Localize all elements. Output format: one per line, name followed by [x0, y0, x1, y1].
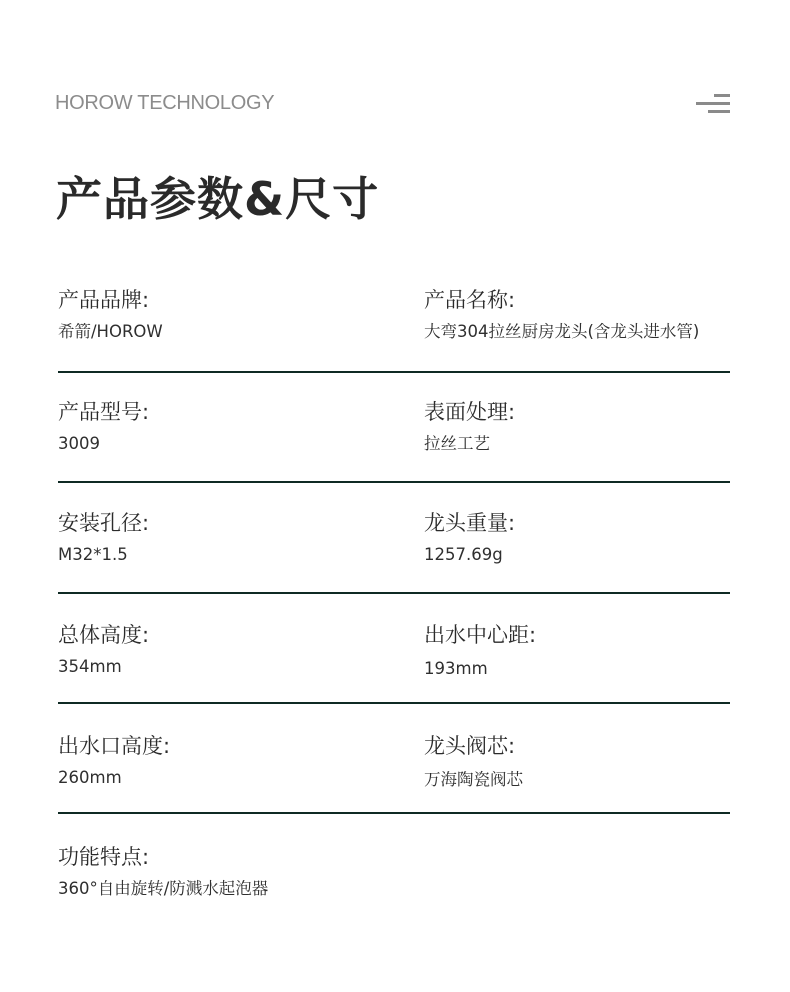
spec-row: 功能特点: 360°自由旋转/防溅水起泡器 — [58, 844, 730, 954]
spec-label: 龙头重量: — [424, 510, 515, 536]
brand-name: HOROW TECHNOLOGY — [55, 92, 274, 115]
spec-item-total-height: 总体高度: 354mm — [58, 622, 149, 677]
spec-value: 希箭/HOROW — [58, 322, 163, 342]
spec-item-outlet-height: 出水口高度: 260mm — [58, 733, 170, 788]
menu-line — [696, 102, 730, 105]
spec-item-surface: 表面处理: 拉丝工艺 — [424, 399, 515, 454]
divider — [58, 592, 730, 594]
divider — [58, 481, 730, 483]
menu-line — [714, 94, 730, 97]
spec-item-features: 功能特点: 360°自由旋转/防溅水起泡器 — [58, 844, 268, 899]
spec-value: M32*1.5 — [58, 545, 149, 565]
spec-row: 产品品牌: 希箭/HOROW 产品名称: 大弯304拉丝厨房龙头(含龙头进水管) — [58, 287, 730, 397]
spec-label: 产品型号: — [58, 399, 149, 425]
spec-value: 拉丝工艺 — [424, 434, 515, 454]
spec-row: 总体高度: 354mm 出水中心距: 193mm — [58, 622, 730, 732]
spec-value: 万海陶瓷阀芯 — [424, 770, 523, 790]
spec-label: 安装孔径: — [58, 510, 149, 536]
spec-label: 产品名称: — [424, 287, 699, 313]
spec-value: 3009 — [58, 434, 149, 454]
spec-label: 龙头阀芯: — [424, 733, 523, 759]
spec-label: 功能特点: — [58, 844, 268, 870]
divider — [58, 812, 730, 814]
spec-label: 产品品牌: — [58, 287, 163, 313]
divider — [58, 371, 730, 373]
spec-label: 总体高度: — [58, 622, 149, 648]
spec-item-brand: 产品品牌: 希箭/HOROW — [58, 287, 163, 342]
spec-label: 表面处理: — [424, 399, 515, 425]
menu-line — [708, 110, 730, 113]
spec-item-valve-core: 龙头阀芯: 万海陶瓷阀芯 — [424, 733, 523, 790]
spec-item-weight: 龙头重量: 1257.69g — [424, 510, 515, 565]
spec-label: 出水中心距: — [424, 622, 536, 648]
menu-icon[interactable] — [696, 94, 730, 114]
spec-value: 193mm — [424, 659, 536, 679]
spec-page: HOROW TECHNOLOGY 产品参数&尺寸 产品品牌: 希箭/HOROW … — [0, 0, 790, 992]
spec-item-model: 产品型号: 3009 — [58, 399, 149, 454]
spec-item-hole-size: 安装孔径: M32*1.5 — [58, 510, 149, 565]
spec-item-spout-reach: 出水中心距: 193mm — [424, 622, 536, 679]
spec-row: 安装孔径: M32*1.5 龙头重量: 1257.69g — [58, 510, 730, 620]
spec-value: 大弯304拉丝厨房龙头(含龙头进水管) — [424, 322, 699, 342]
spec-value: 354mm — [58, 657, 149, 677]
spec-row: 产品型号: 3009 表面处理: 拉丝工艺 — [58, 399, 730, 509]
spec-item-product-name: 产品名称: 大弯304拉丝厨房龙头(含龙头进水管) — [424, 287, 699, 342]
divider — [58, 702, 730, 704]
spec-label: 出水口高度: — [58, 733, 170, 759]
spec-value: 360°自由旋转/防溅水起泡器 — [58, 879, 268, 899]
spec-value: 260mm — [58, 768, 170, 788]
spec-row: 出水口高度: 260mm 龙头阀芯: 万海陶瓷阀芯 — [58, 733, 730, 843]
spec-value: 1257.69g — [424, 545, 515, 565]
page-title: 产品参数&尺寸 — [56, 163, 379, 229]
